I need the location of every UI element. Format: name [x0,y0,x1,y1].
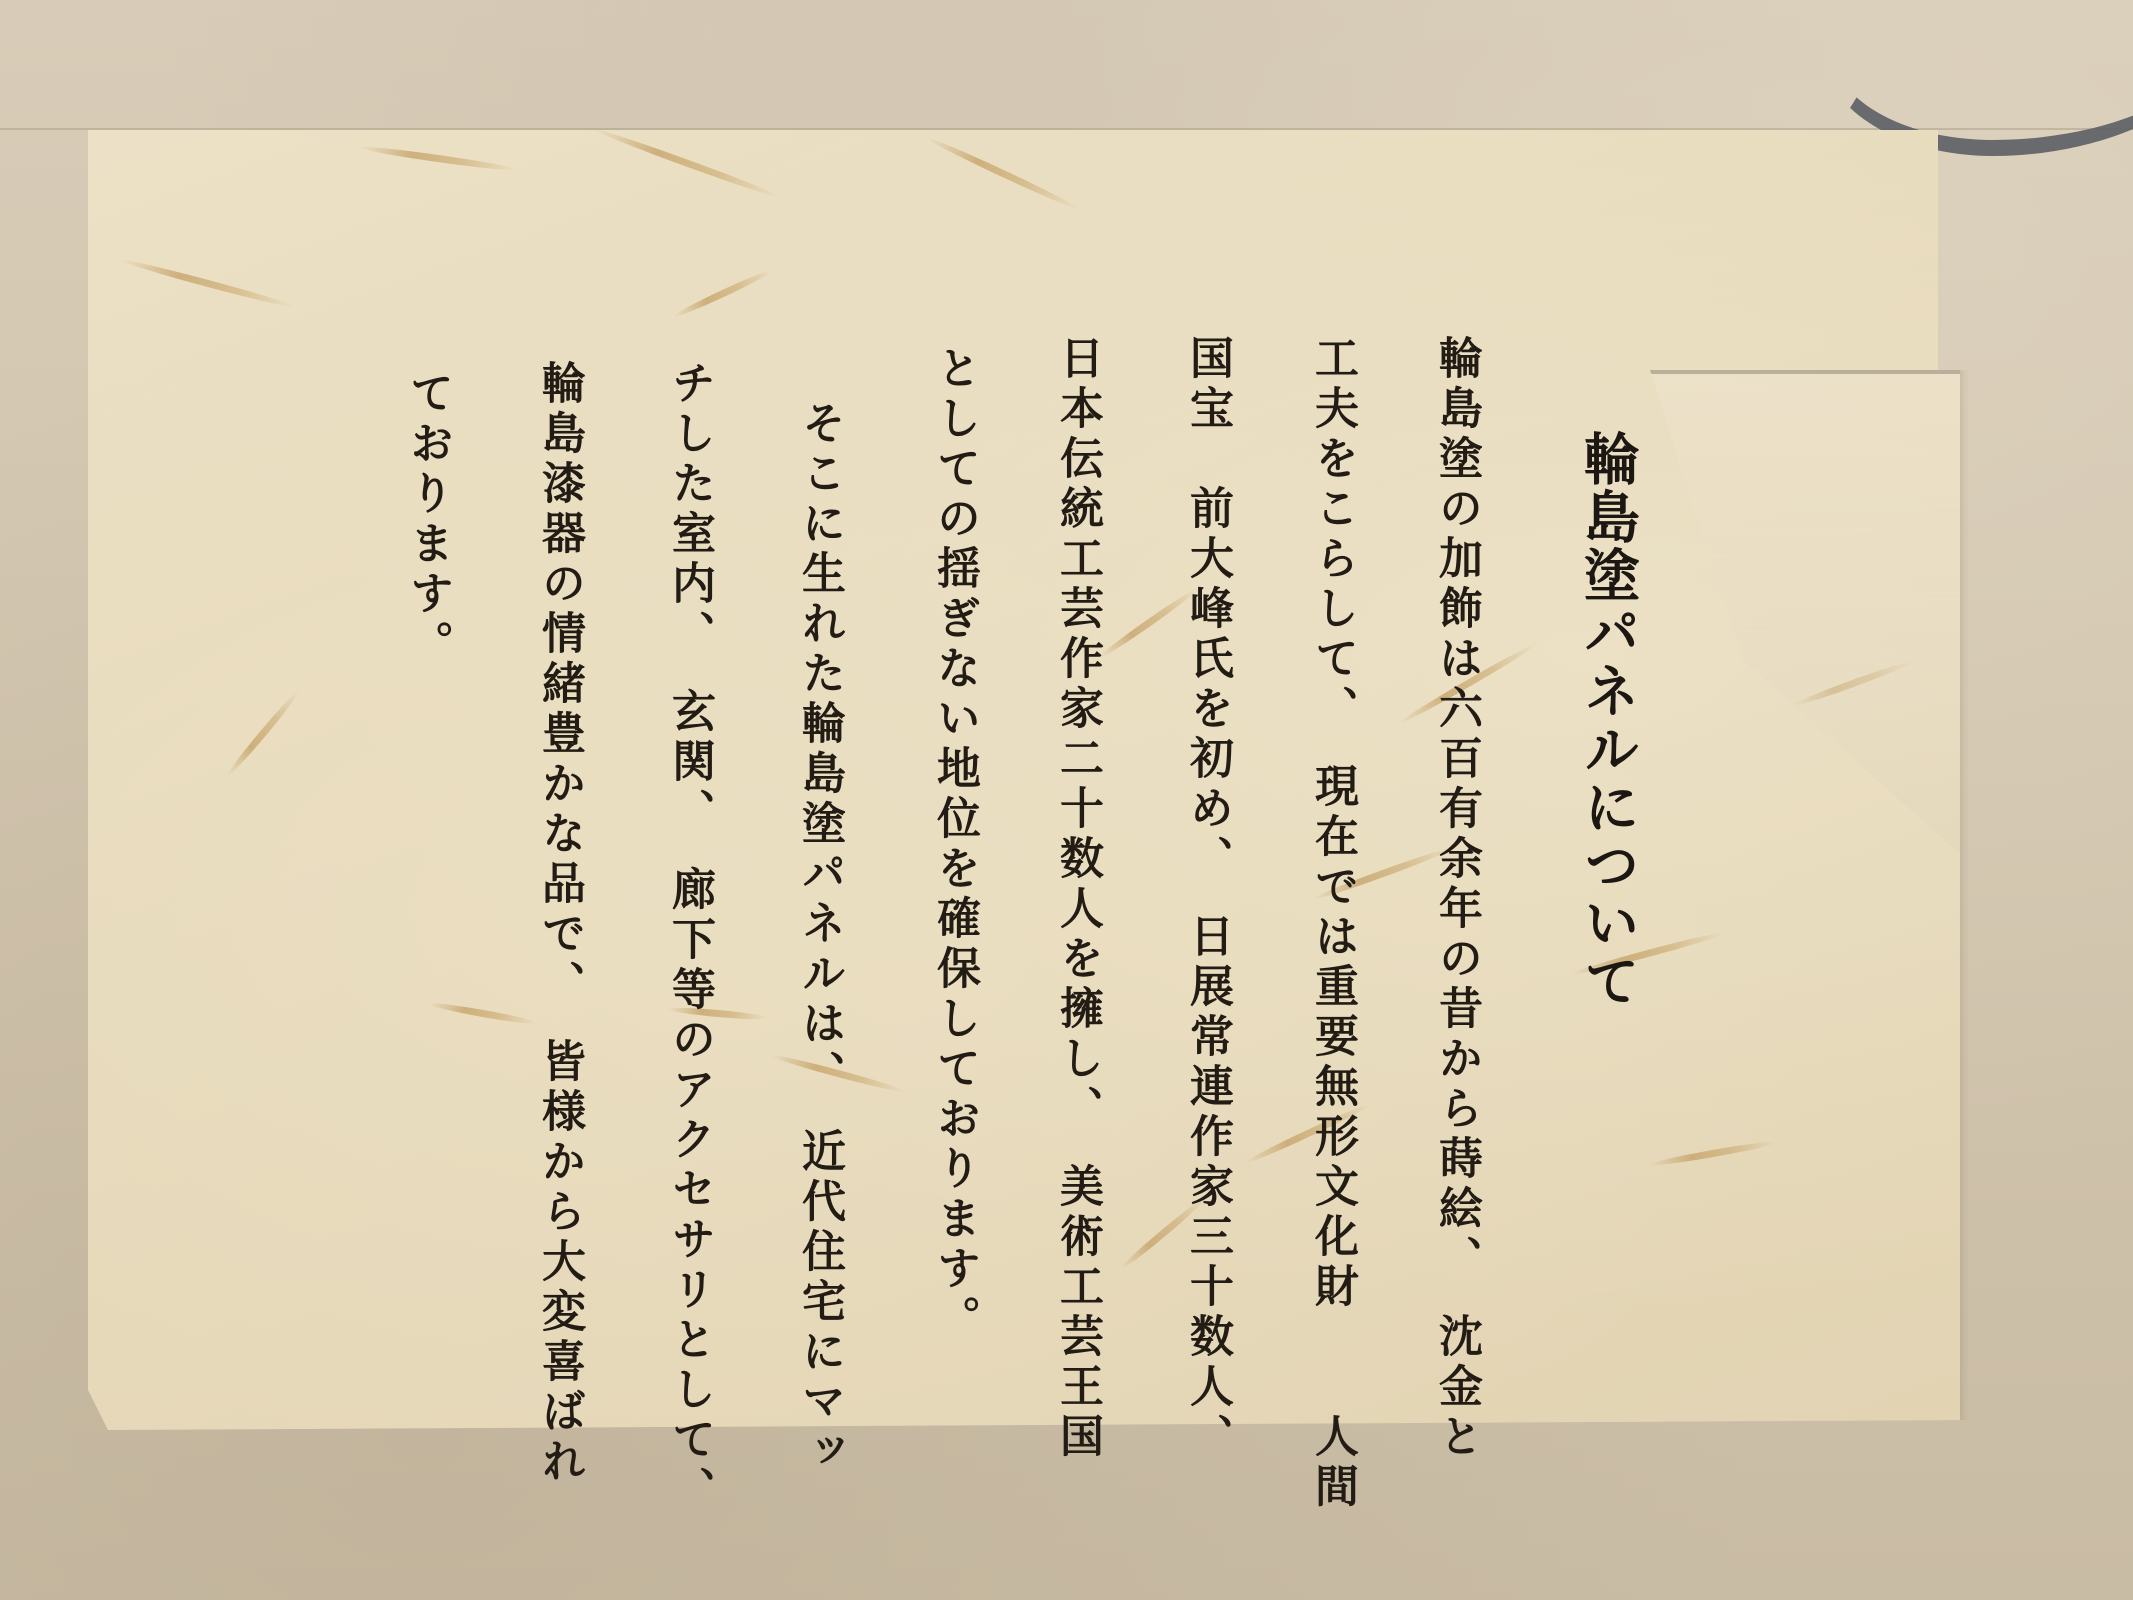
body-column-2: 工夫をこらして、 現在では重要無形文化財 人間 [1310,335,1354,1513]
body-column-7: チした室内、 玄関、 廊下等のアクセサリとして、 [667,360,711,1516]
paper-fiber [924,134,1081,212]
body-column-8: 輪島漆器の情緒豊かな品で、 皆様から大変喜ばれ [537,360,581,1488]
body-column-4: 日本伝統工芸作家二十数人を擁し、 美術工芸王国 [1055,335,1099,1463]
paper-fiber [428,1001,538,1027]
body-column-9: ております。 [405,370,449,670]
panel-edge [0,128,2133,130]
paper-fiber [120,257,296,310]
paper-fiber [1648,1139,1777,1168]
body-column-1: 輪島塗の加飾は六百有余年の昔から蒔絵、 沈金と [1434,335,1478,1463]
body-column-3: 国宝 前大峰氏を初め、 日展常連作家三十数人、 [1185,335,1229,1463]
paper-fiber [672,267,775,320]
paper-fiber [593,126,783,201]
sign-title: 輪島塗パネルについて [1580,430,1636,1010]
paper-fiber [225,689,301,778]
paper-fiber [358,144,517,173]
body-column-5: としての揺ぎない地位を確保しております。 [932,345,976,1345]
body-column-6: そこに生れた輪島塗パネルは、 近代住宅にマッ [797,400,841,1478]
paper-sign [88,130,1960,1430]
